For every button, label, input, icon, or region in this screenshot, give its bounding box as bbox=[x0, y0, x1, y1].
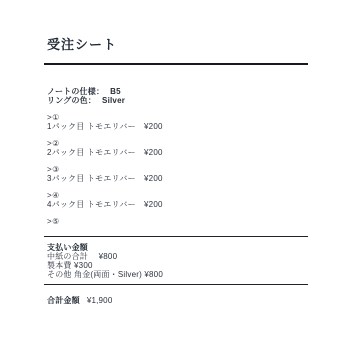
item-detail: 3パック目 トモエリバー ¥200 bbox=[47, 174, 308, 183]
item-detail: 1パック目 トモエリバー ¥200 bbox=[47, 122, 308, 131]
spec-note-value: B5 bbox=[110, 87, 121, 96]
total-row: 合計金額¥1,900 bbox=[44, 296, 308, 305]
list-item: >③ 3パック目 トモエリバー ¥200 bbox=[47, 165, 308, 183]
spec-section: ノートの仕様：B5 リングの色：Silver bbox=[44, 87, 308, 105]
payment-divider-top bbox=[44, 236, 308, 237]
item-marker: >④ bbox=[47, 191, 308, 200]
item-list: >① 1パック目 トモエリバー ¥200 >② 2パック目 トモエリバー ¥20… bbox=[44, 113, 308, 226]
item-marker: >② bbox=[47, 139, 308, 148]
spec-ring-value: Silver bbox=[102, 96, 125, 105]
spec-note-type: ノートの仕様：B5 bbox=[47, 87, 308, 96]
title-divider bbox=[44, 63, 308, 65]
total-value: ¥1,900 bbox=[87, 296, 113, 305]
spec-ring-label: リングの色： bbox=[47, 96, 96, 105]
item-detail: 4パック目 トモエリバー ¥200 bbox=[47, 200, 308, 209]
payment-header: 支払い金額 bbox=[47, 243, 308, 252]
payment-section: 支払い金額 中紙の合計 ¥800 製本費 ¥300 その他 角金(両面・Silv… bbox=[44, 243, 308, 279]
spec-ring-color: リングの色：Silver bbox=[47, 96, 308, 105]
total-label: 合計金額 bbox=[47, 296, 80, 305]
list-item: >① 1パック目 トモエリバー ¥200 bbox=[47, 113, 308, 131]
order-sheet-page: 受注シート ノートの仕様：B5 リングの色：Silver >① 1パック目 トモ… bbox=[0, 0, 360, 360]
payment-divider-bottom bbox=[44, 284, 308, 285]
list-item: >② 2パック目 トモエリバー ¥200 bbox=[47, 139, 308, 157]
list-item: >④ 4パック目 トモエリバー ¥200 bbox=[47, 191, 308, 209]
item-marker: >① bbox=[47, 113, 308, 122]
list-item: >⑤ bbox=[47, 217, 308, 226]
page-content: 受注シート ノートの仕様：B5 リングの色：Silver >① 1パック目 トモ… bbox=[44, 0, 308, 305]
item-marker: >⑤ bbox=[47, 217, 308, 226]
payment-line-binding-fee: 製本費 ¥300 bbox=[47, 261, 308, 270]
payment-line-other: その他 角金(両面・Silver) ¥800 bbox=[47, 270, 308, 279]
page-title: 受注シート bbox=[44, 0, 308, 53]
payment-line-paper-total: 中紙の合計 ¥800 bbox=[47, 252, 308, 261]
item-marker: >③ bbox=[47, 165, 308, 174]
spec-note-label: ノートの仕様： bbox=[47, 87, 104, 96]
item-detail: 2パック目 トモエリバー ¥200 bbox=[47, 148, 308, 157]
